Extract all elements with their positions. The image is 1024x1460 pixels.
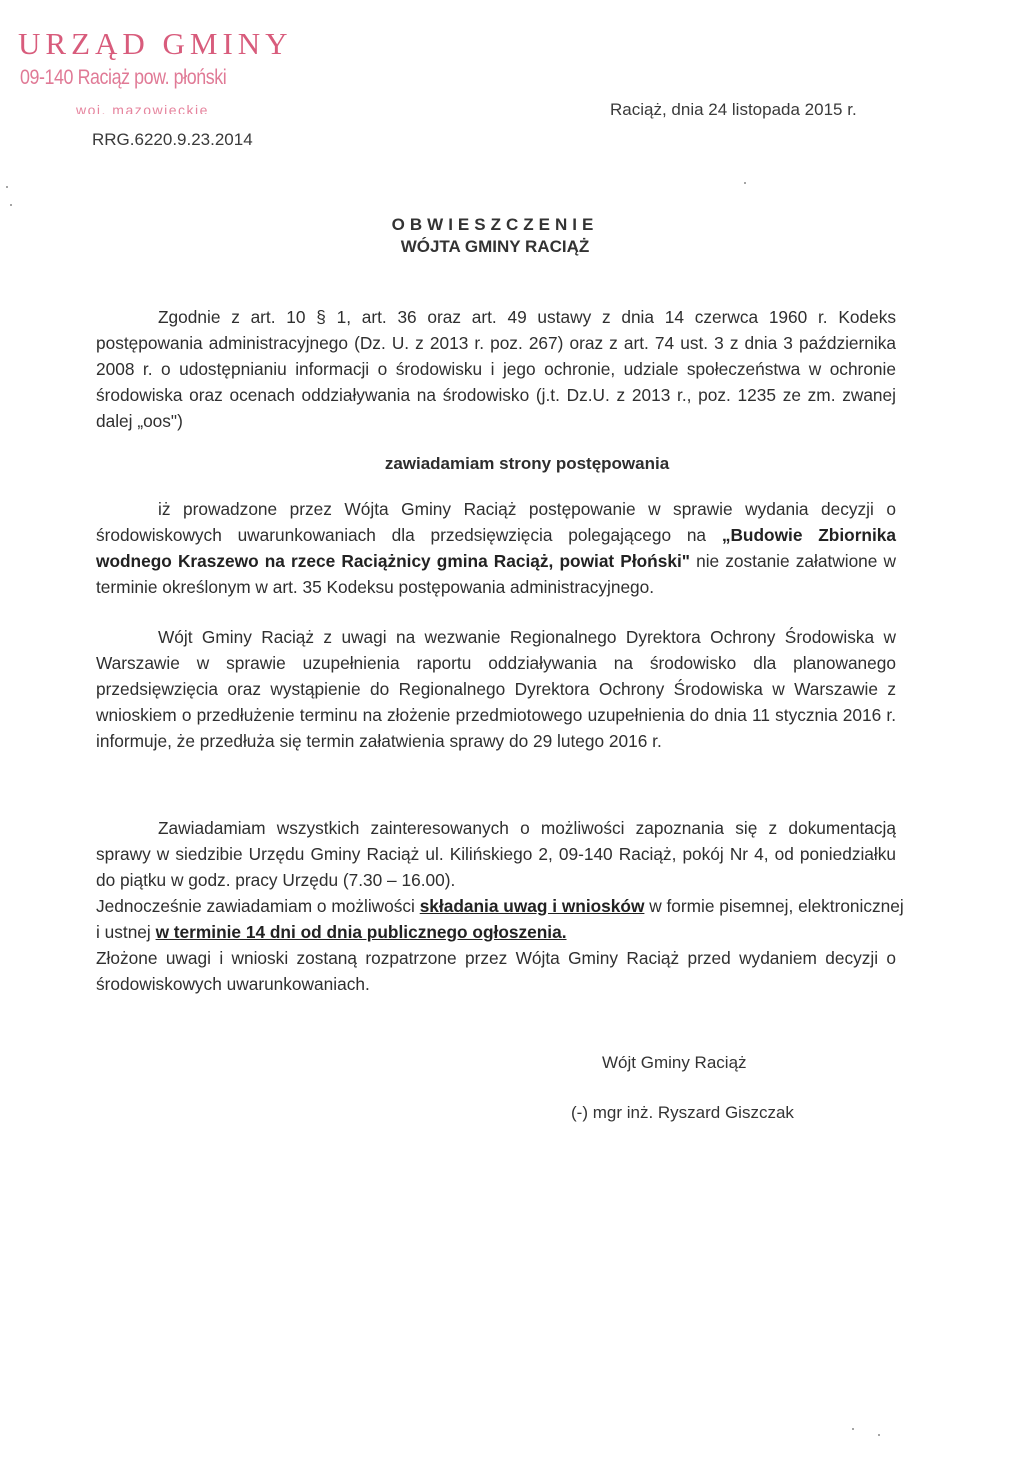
paragraph-legal-basis: Zgodnie z art. 10 § 1, art. 36 oraz art.… [96, 304, 896, 434]
paragraph-text: Jednocześnie zawiadamiam o możliwości [96, 896, 420, 916]
paragraph-comments: Jednocześnie zawiadamiam o możliwości sk… [96, 893, 904, 945]
heading-title: OBWIESZCZENIE [0, 214, 990, 236]
stamp-voivodeship: woj. mazowieckie [76, 102, 209, 114]
scan-speck [744, 182, 746, 184]
comments-emphasis: składania uwag i wniosków [420, 896, 645, 916]
document-date: Raciąż, dnia 24 listopada 2015 r. [610, 100, 857, 120]
paragraph-review: Złożone uwagi i wnioski zostaną rozpatrz… [96, 945, 896, 997]
stamp-address: 09-140 Raciąż pow. płoński [20, 66, 226, 90]
paragraph-text: Zawiadamiam wszystkich zainteresowanych … [96, 818, 896, 890]
deadline-emphasis: w terminie 14 dni od dnia publicznego og… [156, 922, 567, 942]
reference-number: RRG.6220.9.23.2014 [92, 130, 253, 150]
paragraph-text: Wójt Gminy Raciąż z uwagi na wezwanie Re… [96, 627, 896, 751]
paragraph-extension: Wójt Gminy Raciąż z uwagi na wezwanie Re… [96, 624, 896, 754]
paragraph-documentation: Zawiadamiam wszystkich zainteresowanych … [96, 815, 896, 893]
paragraph-text: Zgodnie z art. 10 § 1, art. 36 oraz art.… [96, 307, 896, 431]
stamp-title: URZĄD GMINY [18, 26, 293, 62]
scan-speck [878, 1434, 880, 1436]
paragraph-proceeding: iż prowadzone przez Wójta Gminy Raciąż p… [96, 496, 896, 600]
paragraph-text: Złożone uwagi i wnioski zostaną rozpatrz… [96, 948, 896, 994]
scan-speck [6, 186, 8, 188]
signature-title: Wójt Gminy Raciąż [602, 1053, 747, 1073]
heading-subtitle: WÓJTA GMINY RACIĄŻ [0, 236, 990, 258]
document-heading: OBWIESZCZENIE WÓJTA GMINY RACIĄŻ [0, 214, 990, 258]
scan-speck [10, 204, 12, 206]
scan-speck [852, 1428, 854, 1430]
signature-name: (-) mgr inż. Ryszard Giszczak [571, 1103, 794, 1123]
notice-line: zawiadamiam strony postępowania [0, 454, 1024, 474]
